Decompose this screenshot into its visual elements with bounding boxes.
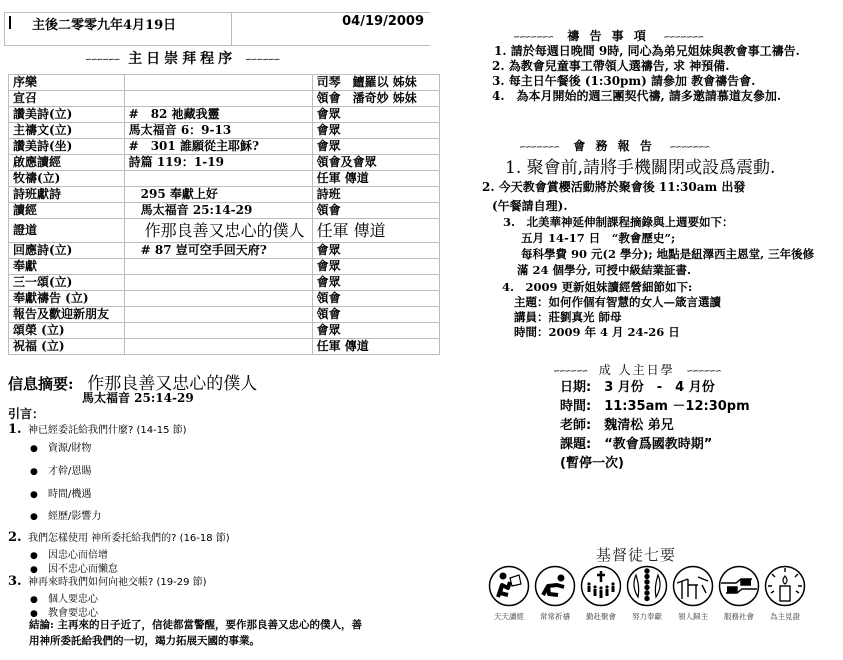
outline-text: 我們怎樣使用 神所委托給我們的? (16-18 節)	[28, 533, 230, 544]
bullet-text: 資源/財物	[48, 443, 91, 454]
essential-gathering: 勤赴聚會	[579, 565, 623, 622]
program-row: 序樂司琴 鱣羅以 姊妹	[9, 75, 440, 91]
program-content	[124, 91, 312, 107]
prayer-item: 4. 為本月開始的週三團契代禱, 請多邀請慕道友參加.	[492, 89, 800, 104]
program-item: 啟應讀經	[9, 155, 125, 171]
program-content	[124, 259, 312, 275]
program-content: 詩篇 119：1-19	[124, 155, 312, 171]
program-leader: 領會 潘奇妙 姊妹	[312, 91, 439, 107]
program-leader: 會眾	[312, 275, 439, 291]
program-leader: 任軍 傳道	[312, 171, 439, 187]
service-icon	[718, 565, 760, 607]
essential-offering: 努力奉獻	[625, 565, 669, 622]
bullet-text: 才幹/恩賜	[48, 466, 91, 477]
worship-order-title: 主日崇拜程序	[128, 51, 236, 67]
conclusion-line-2: 用神所委託給我們的一切，竭力拓展天國的事業。	[29, 633, 409, 649]
program-item: 讚美詩(立)	[9, 107, 125, 123]
outline-number: 1.	[8, 422, 28, 437]
program-item: 祝福 (立)	[9, 339, 125, 355]
program-row: 報告及歡迎新朋友領會	[9, 307, 440, 323]
outline-number: 3.	[8, 574, 28, 589]
program-row: 啟應讀經詩篇 119：1-19領會及會眾	[9, 155, 440, 171]
sunday-school-teacher: 老師: 魏清松 弟兄	[560, 416, 750, 435]
bullet-text: 經歷/影響力	[48, 511, 101, 522]
announcement-3: 3. 北美華神延伸制課程摘錄與上週要如下： 五月 14-17 日 “教會歷史”;…	[503, 214, 814, 278]
bullet-icon: ●	[30, 490, 48, 500]
essential-label: 努力奉獻	[632, 611, 662, 622]
decoration-right: ∽∽∽∽∽∽∽	[669, 142, 709, 152]
outline-bullet: ●經歷/影響力	[30, 507, 101, 522]
decoration-left: ∽∽∽∽∽∽∽	[519, 142, 559, 152]
decoration-right: ∽∽∽∽∽∽	[686, 366, 720, 376]
witness-candle-icon	[764, 565, 806, 607]
program-content	[124, 307, 312, 323]
essential-praying: 常常祈禱	[533, 565, 577, 622]
essential-label: 為主見證	[770, 611, 800, 622]
program-row: 讚美詩(立)# 82 祂藏我靈會眾	[9, 107, 440, 123]
program-item: 頌榮 (立)	[9, 323, 125, 339]
outline-point: 2.我們怎樣使用 神所委托給我們的? (16-18 節)	[8, 529, 230, 545]
prayer-item: 3. 每主日午餐後 (1:30pm) 請參加 教會禱告會.	[492, 74, 800, 89]
essential-evangelism: 領人歸主	[671, 565, 715, 622]
announcement-4-head: 4. 2009 更新姐妹讀經營細節如下:	[502, 280, 721, 295]
sunday-school-topic: 課題: “教會爲國教時期”	[560, 435, 750, 454]
bullet-icon: ●	[30, 444, 48, 454]
bullet-text: 時間/機遇	[48, 489, 91, 500]
sermon-reference: 馬太福音 25:14-29	[82, 389, 194, 406]
essential-witness: 為主見證	[763, 565, 807, 622]
intro-label: 引言：	[8, 405, 44, 422]
bullet-icon: ●	[30, 512, 48, 522]
announcement-3-line: 滿 24 個學分, 可授中級結業証書.	[503, 262, 814, 278]
outline-bullet: ●個人要忠心	[30, 590, 98, 605]
outline-point: 1.神已經委託給我們什麼? (14-15 節)	[8, 421, 187, 437]
outline-bullet: ●資源/財物	[30, 439, 91, 454]
decoration-left: ∽∽∽∽∽∽	[553, 366, 587, 376]
seven-essentials-row: 天天讀經 常常祈禱 勤赴聚會 努力奉	[487, 565, 807, 622]
sunday-school-note: (暫停一次)	[560, 454, 750, 473]
seven-essentials-title: 基督徒七要	[596, 544, 676, 565]
header-divider	[231, 13, 232, 45]
essential-service: 服務社會	[717, 565, 761, 622]
program-leader: 會眾	[312, 323, 439, 339]
program-row: 奉獻禱告 (立)領會	[9, 291, 440, 307]
sermon-label: 信息摘要:	[8, 373, 82, 394]
bullet-icon: ●	[30, 467, 48, 477]
bulletin-header: 主後二零零九年4月19日 04/19/2009	[4, 12, 430, 46]
sunday-school-title: 成 人主日學	[599, 363, 675, 377]
program-leader: 領會	[312, 203, 439, 219]
decoration-left: ∽∽∽∽∽∽∽	[513, 32, 553, 42]
program-item: 牧禱(立)	[9, 171, 125, 187]
program-item: 主禱文(立)	[9, 123, 125, 139]
announcement-3-head: 3. 北美華神延伸制課程摘錄與上週要如下：	[503, 214, 814, 230]
announcement-3-line: 五月 14-17 日 “教會歷史”;	[503, 230, 814, 246]
program-item: 回應詩(立)	[9, 243, 125, 259]
essential-reading: 天天讀經	[487, 565, 531, 622]
program-leader: 任軍 傳道	[312, 339, 439, 355]
announcement-4-line: 講員：莊劉真光 師母	[502, 310, 721, 325]
program-row: 牧禱(立) 任軍 傳道	[9, 171, 440, 187]
program-row: 讚美詩(坐)# 301 誰願從主耶穌?會眾	[9, 139, 440, 155]
program-row: 三一頌(立)會眾	[9, 275, 440, 291]
announcement-4-line: 主題：如何作個有智慧的女人—箴言選讀	[502, 295, 721, 310]
program-content: # 82 祂藏我靈	[124, 107, 312, 123]
essential-label: 常常祈禱	[540, 611, 570, 622]
program-leader: 司琴 鱣羅以 姊妹	[312, 75, 439, 91]
sunday-school-heading: ∽∽∽∽∽∽ 成 人主日學 ∽∽∽∽∽∽	[553, 361, 721, 378]
program-content	[124, 339, 312, 355]
program-item: 奉獻禱告 (立)	[9, 291, 125, 307]
offering-icon	[626, 565, 668, 607]
sunday-school-date: 日期: 3 月份 - 4 月份	[560, 378, 750, 397]
outline-bullet: ●時間/機遇	[30, 485, 91, 500]
essential-label: 服務社會	[724, 611, 754, 622]
program-content: # 301 誰願從主耶穌?	[124, 139, 312, 155]
program-row: 奉獻會眾	[9, 259, 440, 275]
evangelism-icon	[672, 565, 714, 607]
program-leader: 任軍 傳道	[312, 219, 439, 243]
date-chinese: 主後二零零九年4月19日	[32, 14, 176, 33]
program-row: 頌榮 (立)會眾	[9, 323, 440, 339]
essential-label: 天天讀經	[494, 611, 524, 622]
program-item: 詩班獻詩	[9, 187, 125, 203]
program-leader: 會眾	[312, 259, 439, 275]
program-row: 宣召領會 潘奇妙 姊妹	[9, 91, 440, 107]
program-row: 祝福 (立)任軍 傳道	[9, 339, 440, 355]
worship-order-table: 序樂司琴 鱣羅以 姊妹宣召領會 潘奇妙 姊妹讚美詩(立)# 82 祂藏我靈會眾主…	[8, 74, 440, 355]
prayer-list: 1. 請於每週日晚間 9時, 同心為弟兄姐妹與教會事工禱告. 2. 為教會兒童事…	[494, 44, 800, 104]
program-row: 證道 作那良善又忠心的僕人任軍 傳道	[9, 219, 440, 243]
program-item: 序樂	[9, 75, 125, 91]
program-item: 報告及歡迎新朋友	[9, 307, 125, 323]
prayer-item: 2. 為教會兒童事工帶領人選禱告, 求 神預備.	[492, 59, 800, 74]
sunday-school-details: 日期: 3 月份 - 4 月份 時間: 11:35am －12:30pm 老師:…	[560, 378, 750, 473]
program-content: 馬太福音 6：9-13	[124, 123, 312, 139]
program-item: 三一頌(立)	[9, 275, 125, 291]
decoration-right: ∽∽∽∽∽∽∽	[663, 32, 703, 42]
outline-bullet: ●因忠心而倍增	[30, 546, 108, 561]
program-content	[124, 291, 312, 307]
program-content	[124, 171, 312, 187]
program-item: 讚美詩(坐)	[9, 139, 125, 155]
program-leader: 會眾	[312, 107, 439, 123]
announcement-4-line: 時間：2009 年 4 月 24-26 日	[502, 325, 721, 340]
praying-icon	[534, 565, 576, 607]
worship-order-heading: ∽∽∽∽∽∽ 主日崇拜程序 ∽∽∽∽∽∽	[85, 48, 279, 68]
program-leader: 會眾	[312, 243, 439, 259]
program-content	[124, 323, 312, 339]
announcement-1: 1. 聚會前,請將手機關閉或設爲震動.	[505, 153, 775, 178]
program-content	[124, 75, 312, 91]
header-bar	[9, 16, 11, 29]
program-leader: 領會	[312, 307, 439, 323]
date-numeric: 04/19/2009	[342, 14, 424, 29]
sunday-school-time: 時間: 11:35am －12:30pm	[560, 397, 750, 416]
announcement-2-note: (午餐請自理).	[492, 197, 568, 214]
gathering-icon	[580, 565, 622, 607]
outline-point: 3.神再來時我們如何向祂交帳? (19-29 節)	[8, 573, 207, 589]
announcement-3-line: 每科學費 90 元(2 學分); 地點是紐澤西主恩堂, 三年後修	[503, 246, 814, 262]
essential-label: 勤赴聚會	[586, 611, 616, 622]
prayer-title: 禱 告 事 項	[567, 29, 649, 43]
program-leader: 領會及會眾	[312, 155, 439, 171]
outline-text: 神再來時我們如何向祂交帳? (19-29 節)	[28, 577, 207, 588]
prayer-heading: ∽∽∽∽∽∽∽ 禱 告 事 項 ∽∽∽∽∽∽∽	[513, 27, 703, 44]
sermon-conclusion: 結論: 主再來的日子近了，信徒都當警醒，要作那良善又忠心的僕人，善 用神所委託給…	[29, 617, 409, 649]
essential-label: 領人歸主	[678, 611, 708, 622]
program-item: 讀經	[9, 203, 125, 219]
program-item: 奉獻	[9, 259, 125, 275]
program-leader: 會眾	[312, 139, 439, 155]
program-row: 回應詩(立) # 87 豈可空手回天府?會眾	[9, 243, 440, 259]
announcement-2: 2. 今天教會賞櫻活動將於聚會後 11:30am 出發	[482, 178, 745, 195]
outline-text: 神已經委託給我們什麼? (14-15 節)	[28, 425, 187, 436]
outline-bullet: ●才幹/恩賜	[30, 462, 91, 477]
program-content: 295 奉獻上好	[124, 187, 312, 203]
outline-number: 2.	[8, 530, 28, 545]
program-leader: 領會	[312, 291, 439, 307]
reading-bible-icon	[488, 565, 530, 607]
program-item: 證道	[9, 219, 125, 243]
prayer-item: 1. 請於每週日晚間 9時, 同心為弟兄姐妹與教會事工禱告.	[494, 44, 800, 59]
program-item: 宣召	[9, 91, 125, 107]
decoration-left: ∽∽∽∽∽∽	[85, 54, 119, 64]
program-leader: 會眾	[312, 123, 439, 139]
announcements-heading: ∽∽∽∽∽∽∽ 會 務 報 告 ∽∽∽∽∽∽∽	[519, 137, 709, 154]
program-row: 讀經 馬太福音 25:14-29領會	[9, 203, 440, 219]
program-leader: 詩班	[312, 187, 439, 203]
decoration-right: ∽∽∽∽∽∽	[245, 54, 279, 64]
announcement-4: 4. 2009 更新姐妹讀經營細節如下: 主題：如何作個有智慧的女人—箴言選讀 …	[502, 280, 721, 340]
conclusion-line-1: 結論: 主再來的日子近了，信徒都當警醒，要作那良善又忠心的僕人，善	[29, 617, 409, 633]
program-row: 詩班獻詩 295 奉獻上好詩班	[9, 187, 440, 203]
program-content: # 87 豈可空手回天府?	[124, 243, 312, 259]
program-content	[124, 275, 312, 291]
program-content: 馬太福音 25:14-29	[124, 203, 312, 219]
program-row: 主禱文(立)馬太福音 6：9-13會眾	[9, 123, 440, 139]
announcements-title: 會 務 報 告	[573, 139, 655, 153]
program-content: 作那良善又忠心的僕人	[124, 219, 312, 243]
